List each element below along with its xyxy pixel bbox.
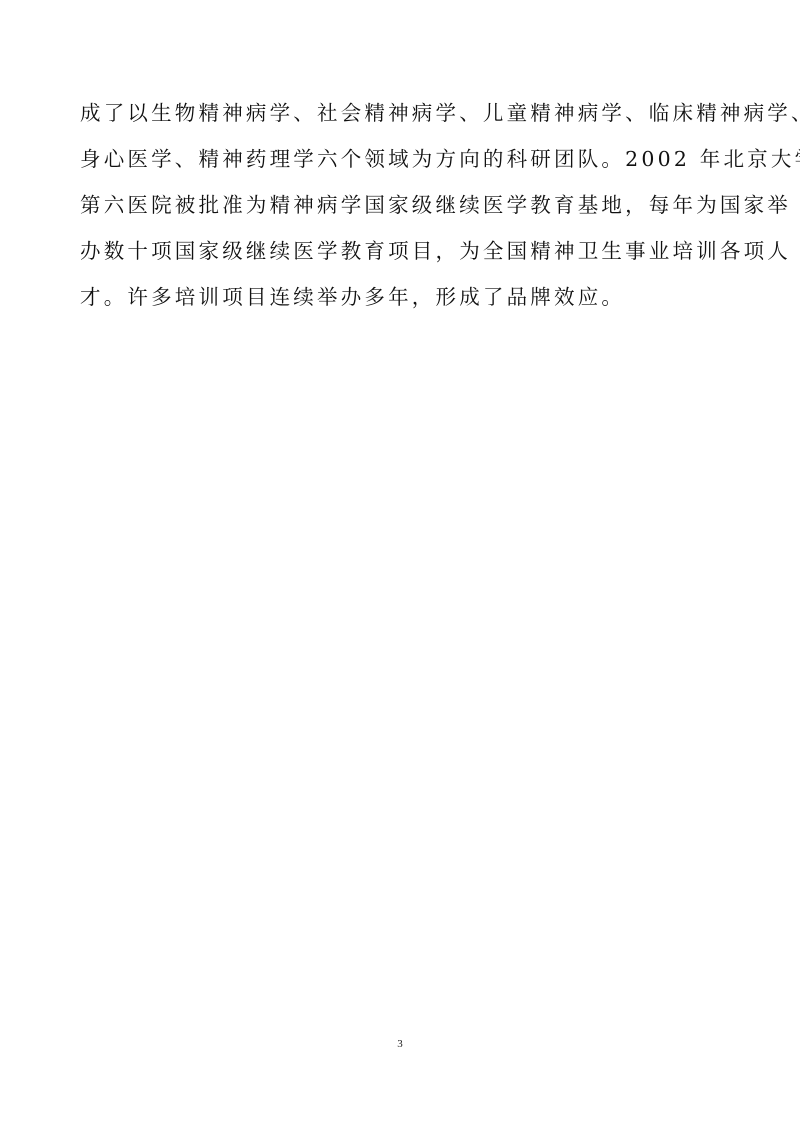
page-number: 3 bbox=[0, 1038, 800, 1050]
paragraph-line: 成了以生物精神病学、社会精神病学、儿童精神病学、临床精神病学、 bbox=[80, 90, 730, 136]
paragraph-line: 办数十项国家级继续医学教育项目，为全国精神卫生事业培训各项人 bbox=[80, 228, 730, 274]
document-page: 成了以生物精神病学、社会精神病学、儿童精神病学、临床精神病学、 身心医学、精神药… bbox=[0, 0, 800, 1132]
body-paragraph: 成了以生物精神病学、社会精神病学、儿童精神病学、临床精神病学、 身心医学、精神药… bbox=[80, 90, 730, 320]
paragraph-line-last: 才。许多培训项目连续举办多年，形成了品牌效应。 bbox=[80, 274, 730, 320]
paragraph-line: 身心医学、精神药理学六个领域为方向的科研团队。2002 年北京大学 bbox=[80, 136, 730, 182]
paragraph-line: 第六医院被批准为精神病学国家级继续医学教育基地，每年为国家举 bbox=[80, 182, 730, 228]
